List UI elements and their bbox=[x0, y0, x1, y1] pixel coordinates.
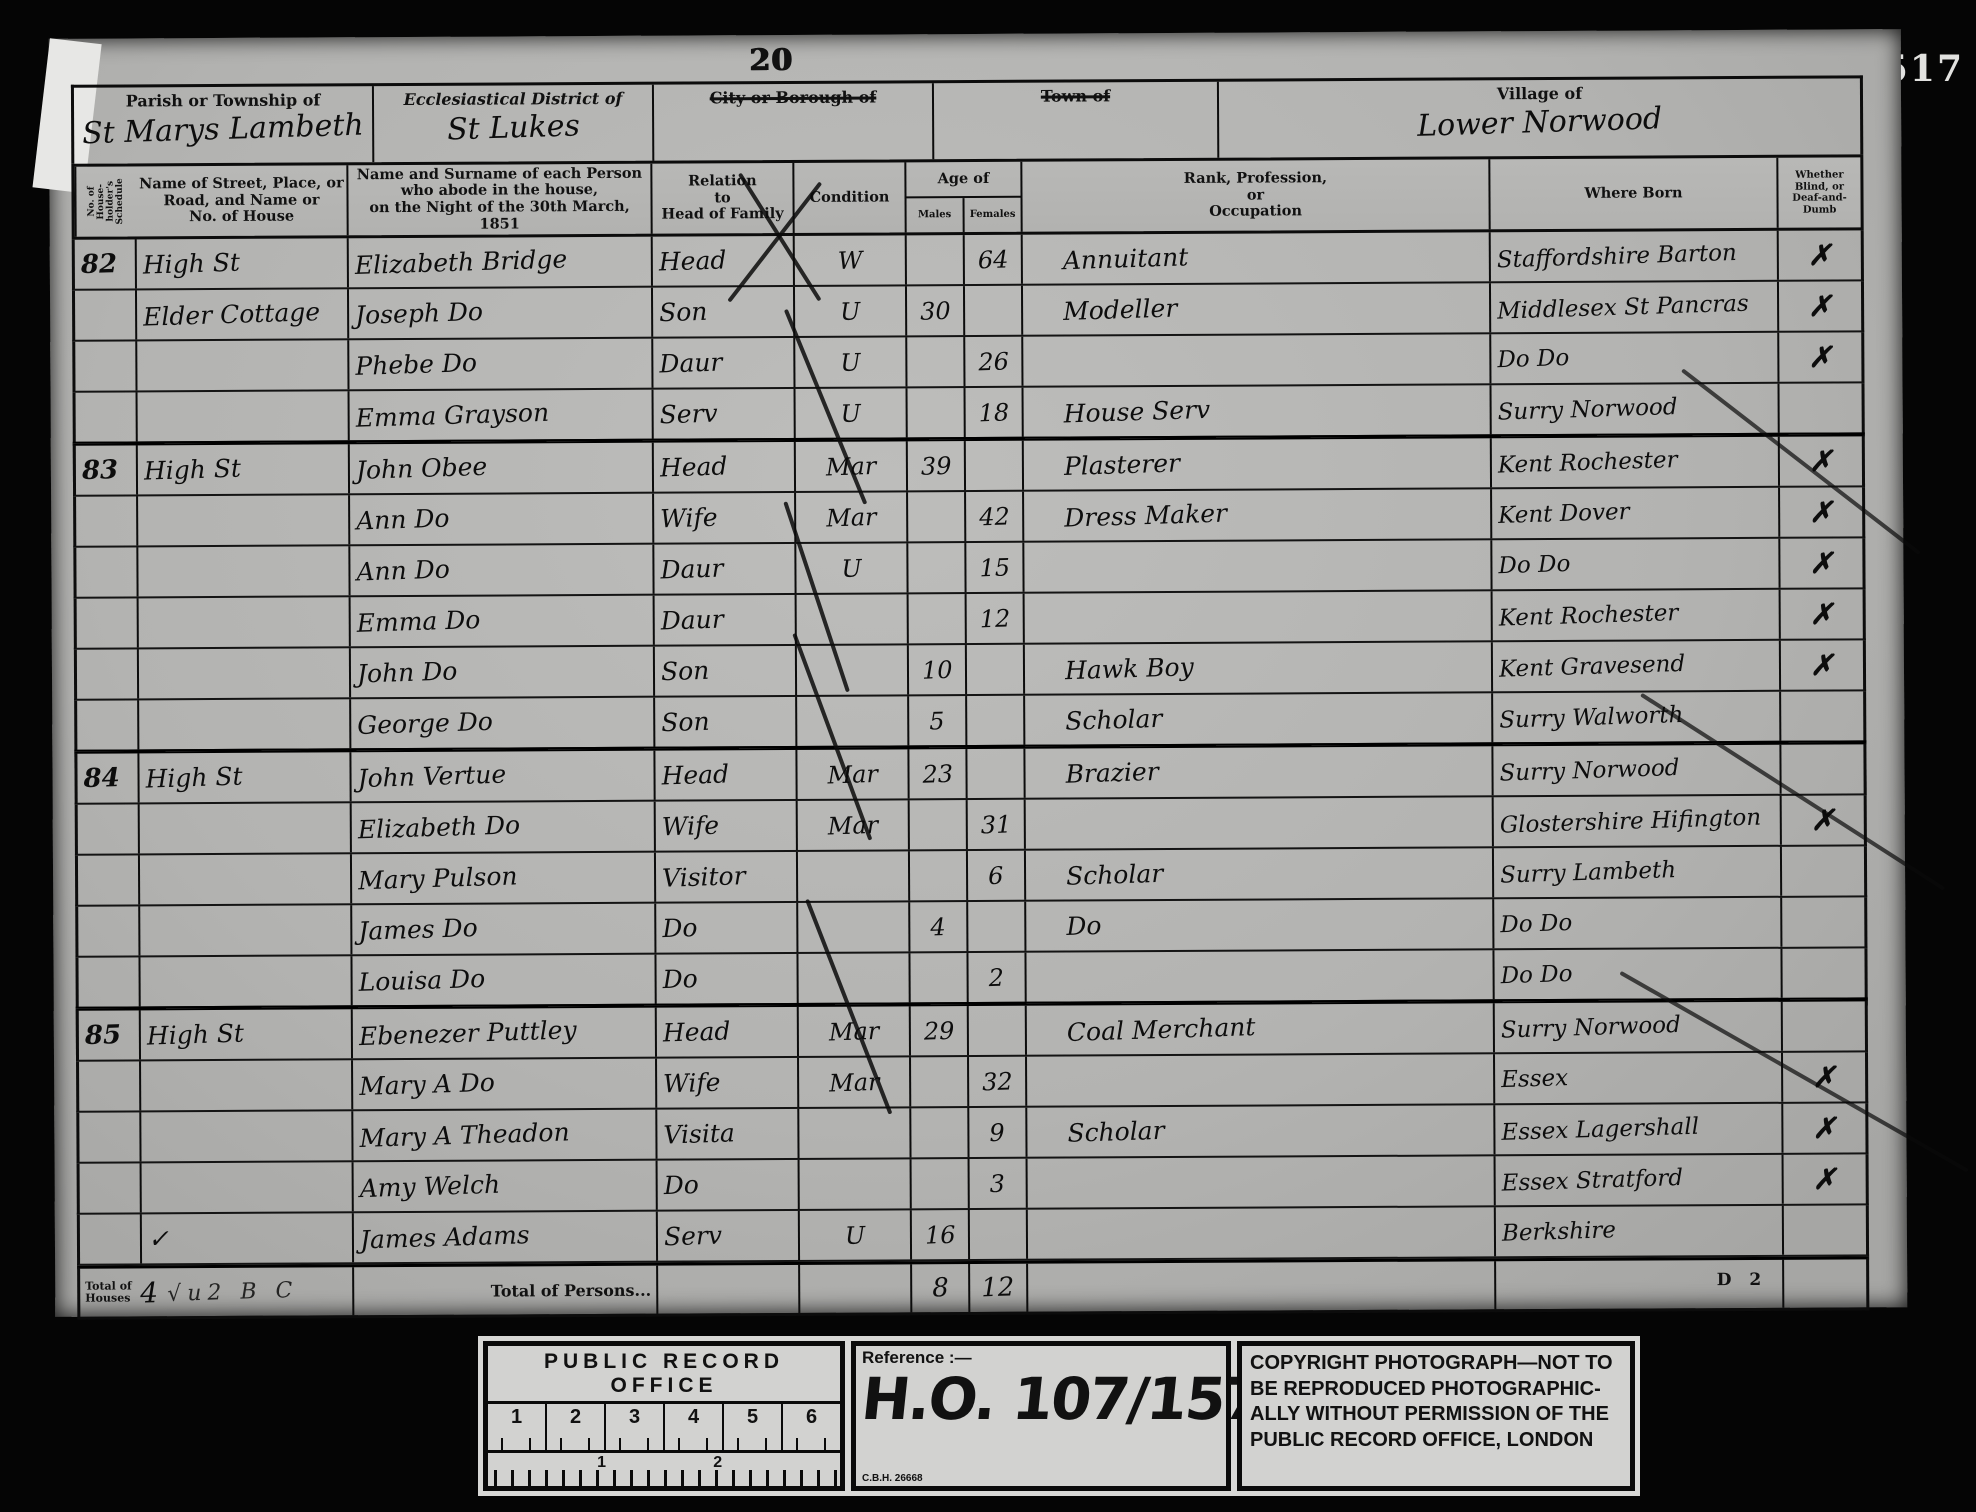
name-cell: Emma Grayson bbox=[350, 390, 654, 441]
schedule-number: 84 bbox=[77, 753, 139, 802]
condition-cell: U bbox=[800, 1210, 912, 1260]
hw-born: Essex bbox=[1501, 1065, 1569, 1093]
occupation-cell bbox=[1024, 540, 1492, 591]
hw-age_f: 3 bbox=[990, 1169, 1006, 1197]
relation-cell: Do bbox=[658, 1160, 800, 1210]
born-cell: Essex Stratford bbox=[1496, 1155, 1784, 1206]
hw-age_m: 10 bbox=[921, 655, 952, 684]
hw-age_m: 5 bbox=[929, 706, 945, 734]
age-males-cell bbox=[907, 337, 965, 386]
born-cell: Surry Norwood bbox=[1495, 1002, 1783, 1053]
hw-street: High St bbox=[143, 454, 241, 486]
table-row: James Do Do 4 Do Do Do bbox=[75, 897, 1867, 957]
hw-name: George Do bbox=[357, 707, 493, 740]
table-row: 82 High St Elizabeth Bridge Head W 64 An… bbox=[72, 230, 1864, 290]
hw-occupation: Scholar bbox=[1066, 859, 1164, 891]
hw-relation: Do bbox=[663, 1170, 699, 1200]
hw-name: Mary A Do bbox=[359, 1068, 495, 1101]
parish-value: St Marys Lambeth bbox=[82, 108, 365, 152]
hw-born: Surry Norwood bbox=[1499, 754, 1680, 786]
hw-age_f: 12 bbox=[979, 604, 1010, 633]
ruler-number: 1 bbox=[488, 1404, 547, 1450]
age-males-cell bbox=[909, 594, 967, 643]
age-males-cell bbox=[911, 1057, 969, 1106]
street-cell bbox=[140, 905, 352, 955]
col-street: Name of Street, Place, or Road, and Name… bbox=[136, 165, 348, 236]
condition-cell bbox=[797, 594, 909, 644]
district-cell: Ecclesiastical District of St Lukes bbox=[374, 85, 654, 162]
hw-occupation: Dress Maker bbox=[1064, 499, 1228, 533]
hw-age_f: 2 bbox=[989, 963, 1005, 991]
relation-cell: Visita bbox=[657, 1109, 799, 1159]
totals-spacer-occupation bbox=[1028, 1261, 1496, 1311]
schedule-number: 82 bbox=[75, 239, 137, 288]
relation-cell: Daur bbox=[655, 595, 797, 645]
infirm-mark-cell bbox=[1779, 383, 1861, 432]
schedule-number bbox=[78, 906, 140, 955]
relation-cell: Wife bbox=[656, 801, 798, 851]
parish-cell: Parish or Township of St Marys Lambeth bbox=[74, 86, 374, 164]
hw-relation: Visita bbox=[663, 1118, 735, 1149]
born-cell: Kent Rochester bbox=[1492, 437, 1780, 488]
col-occupation: Rank, Profession, or Occupation bbox=[1022, 159, 1490, 231]
street-cell: Elder Cottage bbox=[137, 289, 349, 339]
born-cell: Staffordshire Barton bbox=[1491, 231, 1779, 282]
infirm-mark-cell: ✗ bbox=[1783, 1052, 1865, 1101]
infirm-mark-cell bbox=[1783, 1001, 1865, 1050]
relation-cell: Daur bbox=[653, 338, 795, 388]
schedule-number bbox=[79, 1061, 141, 1110]
occupation-cell: Brazier bbox=[1025, 746, 1493, 797]
hw-occupation: Do bbox=[1066, 911, 1102, 941]
hw-born: Middlesex St Pancras bbox=[1497, 290, 1749, 324]
relation-cell: Head bbox=[654, 442, 796, 492]
schedule-number bbox=[77, 649, 139, 698]
name-cell: Emma Do bbox=[351, 596, 655, 647]
hw-name: John Do bbox=[357, 656, 458, 688]
street-cell: ✓ bbox=[142, 1213, 354, 1263]
ruler-lower-2: 2 bbox=[713, 1454, 722, 1472]
age-males-cell: 5 bbox=[909, 696, 967, 745]
hw-condition: Mar bbox=[827, 759, 878, 789]
occupation-cell: Scholar bbox=[1025, 693, 1493, 744]
schedule-number: 83 bbox=[76, 445, 138, 494]
infirm-mark-cell: ✗ bbox=[1780, 487, 1862, 536]
hw-name: James Adams bbox=[360, 1220, 531, 1254]
city-cell: City or Borough of bbox=[654, 83, 934, 160]
condition-cell: U bbox=[795, 286, 907, 336]
hw-relation: Son bbox=[659, 297, 708, 328]
ruler-number: 2 bbox=[547, 1404, 606, 1450]
schedule-number: 85 bbox=[79, 1010, 141, 1059]
age-females-cell bbox=[967, 749, 1025, 798]
table-row: Mary A Theadon Visita 9 Scholar Essex La… bbox=[76, 1103, 1868, 1163]
age-females-cell: 18 bbox=[966, 388, 1024, 437]
infirm-mark-cell: ✗ bbox=[1780, 538, 1862, 587]
born-cell: Kent Dover bbox=[1492, 488, 1780, 539]
hw-occupation: Coal Merchant bbox=[1066, 1012, 1255, 1047]
name-cell: George Do bbox=[351, 698, 655, 749]
ruler-half-inches: 1 2 bbox=[488, 1453, 840, 1486]
name-cell: Mary Pulson bbox=[352, 853, 656, 904]
district-value: St Lukes bbox=[446, 108, 580, 147]
condition-cell bbox=[799, 1108, 911, 1158]
schedule-number bbox=[75, 341, 137, 390]
relation-cell: Son bbox=[655, 697, 797, 747]
table-row: 85 High St Ebenezer Puttley Head Mar 29 … bbox=[76, 999, 1868, 1061]
age-males-cell bbox=[910, 800, 968, 849]
city-label: City or Borough of bbox=[654, 87, 932, 107]
condition-cell bbox=[800, 1159, 912, 1209]
age-males-cell: 39 bbox=[908, 441, 966, 490]
condition-cell: Mar bbox=[796, 492, 908, 542]
relation-cell: Visitor bbox=[656, 852, 798, 902]
name-cell: John Vertue bbox=[351, 751, 655, 802]
age-females-cell: 31 bbox=[968, 800, 1026, 849]
hw-occupation: Scholar bbox=[1065, 704, 1163, 736]
street-cell bbox=[139, 699, 351, 749]
infirm-mark-cell: ✗ bbox=[1783, 1103, 1865, 1152]
hw-born: Berkshire bbox=[1502, 1217, 1617, 1247]
age-females-cell: 42 bbox=[966, 492, 1024, 541]
hw-born: Kent Rochester bbox=[1498, 446, 1678, 478]
age-males-cell: 23 bbox=[909, 749, 967, 798]
hw-schedule: 82 bbox=[80, 249, 117, 280]
totals-spacer-relation bbox=[658, 1265, 800, 1314]
born-cell: Kent Gravesend bbox=[1493, 641, 1781, 692]
occupation-cell: Plasterer bbox=[1024, 438, 1492, 489]
table-row: Ann Do Daur U 15 Do Do ✗ bbox=[73, 538, 1865, 598]
hw-name: Mary Pulson bbox=[358, 861, 518, 895]
age-males-cell bbox=[910, 953, 968, 1002]
ruler-number: 4 bbox=[665, 1404, 724, 1450]
hw-age_m: 4 bbox=[930, 912, 946, 940]
hw-name: Elizabeth Do bbox=[357, 810, 520, 844]
age-females-cell bbox=[969, 1006, 1027, 1055]
col-name: Name and Surname of each Person who abod… bbox=[348, 164, 652, 236]
age-females-cell: 32 bbox=[969, 1057, 1027, 1106]
table-row: Emma Do Daur 12 Kent Rochester ✗ bbox=[74, 589, 1866, 649]
table-row: Mary Pulson Visitor 6 Scholar Surry Lamb… bbox=[75, 846, 1867, 906]
census-rows: 82 High St Elizabeth Bridge Head W 64 An… bbox=[72, 230, 1869, 1265]
hw-born: Essex Stratford bbox=[1501, 1164, 1683, 1196]
schedule-number bbox=[79, 1112, 141, 1161]
street-cell bbox=[142, 1162, 354, 1212]
born-cell: Do Do bbox=[1492, 539, 1780, 590]
hw-age_m: 39 bbox=[920, 451, 951, 480]
name-cell: John Obee bbox=[350, 443, 654, 494]
hw-relation: Wife bbox=[660, 503, 718, 534]
hw-name: John Vertue bbox=[357, 760, 507, 794]
hw-occupation: Hawk Boy bbox=[1065, 652, 1195, 685]
district-label: Ecclesiastical District of bbox=[374, 89, 652, 109]
census-sheet: 20 Parish or Township of St Marys Lambet… bbox=[49, 29, 1908, 1317]
name-cell: John Do bbox=[351, 647, 655, 698]
hw-street: ✓ bbox=[148, 1224, 170, 1254]
village-value: Lower Norwood bbox=[1417, 101, 1663, 144]
col-age-males: Males bbox=[907, 198, 965, 232]
occupation-cell bbox=[1027, 1054, 1495, 1105]
name-cell: Phebe Do bbox=[349, 339, 653, 390]
cbh-mark: C.B.H. 26668 bbox=[862, 1473, 923, 1484]
age-males-cell bbox=[910, 851, 968, 900]
age-females-cell: 26 bbox=[965, 337, 1023, 386]
ruler-lower-1: 1 bbox=[597, 1454, 606, 1472]
hw-born: Do Do bbox=[1500, 909, 1573, 937]
hw-born: Surry Lambeth bbox=[1500, 857, 1677, 889]
age-females-cell bbox=[966, 441, 1024, 490]
hw-age_m: 30 bbox=[919, 296, 950, 325]
hw-relation: Son bbox=[661, 656, 710, 687]
hw-name: John Obee bbox=[355, 452, 487, 485]
street-cell bbox=[138, 546, 350, 596]
infirm-mark-cell: ✗ bbox=[1782, 795, 1864, 844]
relation-cell: Head bbox=[655, 750, 797, 800]
total-houses-marks: √u2 B C bbox=[167, 1277, 299, 1306]
hw-schedule: 85 bbox=[84, 1020, 121, 1051]
street-cell: High St bbox=[139, 752, 351, 802]
age-males-cell: 29 bbox=[911, 1006, 969, 1055]
hw-occupation: Plasterer bbox=[1063, 448, 1180, 481]
table-row: 84 High St John Vertue Head Mar 23 Brazi… bbox=[74, 742, 1866, 804]
total-males-cell: 8 bbox=[912, 1264, 970, 1312]
hw-relation: Son bbox=[661, 707, 710, 738]
hw-relation: Head bbox=[662, 1016, 730, 1047]
relation-cell: Wife bbox=[654, 493, 796, 543]
census-table: Parish or Township of St Marys Lambeth E… bbox=[71, 75, 1869, 1319]
born-cell: Essex Lagershall bbox=[1495, 1104, 1783, 1155]
schedule-number bbox=[77, 700, 139, 749]
occupation-cell bbox=[1026, 797, 1494, 848]
born-cell: Surry Norwood bbox=[1493, 745, 1781, 796]
street-cell bbox=[137, 340, 349, 390]
totals-spacer-condition bbox=[800, 1264, 912, 1313]
hw-street: High St bbox=[145, 762, 243, 794]
hw-condition: Mar bbox=[826, 502, 877, 532]
occupation-cell: Dress Maker bbox=[1024, 489, 1492, 540]
total-females-value: 12 bbox=[981, 1272, 1015, 1303]
hw-mark: ✗ bbox=[1808, 340, 1832, 374]
hw-name: Mary A Theadon bbox=[359, 1117, 570, 1153]
name-cell: James Do bbox=[352, 904, 656, 955]
col-age-label: Age of bbox=[906, 162, 1020, 199]
age-females-cell: 9 bbox=[969, 1108, 1027, 1157]
total-persons-label: Total of Persons... bbox=[491, 1280, 652, 1300]
hw-relation: Daur bbox=[660, 605, 724, 636]
name-cell: Ebenezer Puttley bbox=[353, 1008, 657, 1059]
hw-born: Kent Gravesend bbox=[1499, 650, 1686, 682]
ruler-number: 6 bbox=[783, 1404, 840, 1450]
hw-name: Ebenezer Puttley bbox=[358, 1015, 577, 1051]
condition-cell bbox=[797, 696, 909, 746]
hw-relation: Daur bbox=[660, 554, 724, 585]
total-females-cell: 12 bbox=[970, 1264, 1028, 1312]
relation-cell: Daur bbox=[654, 544, 796, 594]
occupation-cell: Do bbox=[1026, 899, 1494, 950]
hw-relation: Head bbox=[659, 451, 727, 482]
infirm-mark-cell bbox=[1782, 897, 1864, 946]
street-cell: High St bbox=[137, 238, 349, 288]
hw-mark: ✗ bbox=[1810, 648, 1834, 682]
total-houses-label: Total of Houses bbox=[85, 1280, 132, 1304]
hw-mark: ✗ bbox=[1812, 1111, 1836, 1145]
infirm-mark-cell bbox=[1781, 691, 1863, 740]
village-cell: Village of Lower Norwood bbox=[1219, 78, 1860, 157]
reference-value: H.O. 107/1575 bbox=[859, 1370, 1223, 1428]
infirm-mark-cell: ✗ bbox=[1781, 640, 1863, 689]
condition-cell: Mar bbox=[798, 800, 910, 850]
name-cell: Mary A Theadon bbox=[353, 1110, 657, 1161]
born-cell: Do Do bbox=[1494, 898, 1782, 949]
schedule-number bbox=[78, 855, 140, 904]
occupation-cell bbox=[1023, 334, 1491, 385]
age-females-cell: 12 bbox=[967, 594, 1025, 643]
hw-born: Do Do bbox=[1498, 550, 1571, 578]
condition-cell: Mar bbox=[799, 1006, 911, 1056]
pro-title: PUBLIC RECORD OFFICE bbox=[488, 1346, 840, 1404]
schedule-number bbox=[76, 547, 138, 596]
hw-condition: U bbox=[844, 1221, 865, 1250]
hw-occupation: Scholar bbox=[1067, 1116, 1165, 1148]
relation-cell: Do bbox=[656, 903, 798, 953]
relation-cell: Son bbox=[655, 646, 797, 696]
age-females-cell: 15 bbox=[966, 543, 1024, 592]
town-label: Town of bbox=[934, 86, 1217, 106]
hw-relation: Wife bbox=[663, 1068, 721, 1099]
name-cell: Elizabeth Bridge bbox=[349, 237, 653, 288]
age-males-cell: 16 bbox=[912, 1210, 970, 1259]
hw-relation: Daur bbox=[659, 348, 723, 379]
table-row: George Do Son 5 Scholar Surry Walworth bbox=[74, 691, 1866, 751]
table-row: 83 High St John Obee Head Mar 39 Plaster… bbox=[73, 434, 1865, 496]
hw-name: Phebe Do bbox=[355, 348, 477, 381]
age-females-cell bbox=[970, 1210, 1028, 1259]
occupation-cell: Hawk Boy bbox=[1025, 642, 1493, 693]
hw-born: Do Do bbox=[1500, 960, 1573, 988]
hw-mark: ✗ bbox=[1809, 597, 1833, 631]
hw-age_m: 29 bbox=[923, 1016, 954, 1045]
total-houses-value: 4 bbox=[139, 1276, 158, 1310]
hw-born: Kent Rochester bbox=[1498, 599, 1678, 631]
occupation-cell bbox=[1028, 1207, 1496, 1258]
hw-mark: ✗ bbox=[1812, 1162, 1836, 1196]
column-header-row: No. of House-holder's Schedule Name of S… bbox=[71, 154, 1863, 239]
table-row: Ann Do Wife Mar 42 Dress Maker Kent Dove… bbox=[73, 487, 1865, 547]
age-males-cell bbox=[912, 1159, 970, 1208]
census-scan-page: 517 20 Parish or Township of St Marys La… bbox=[0, 0, 1976, 1512]
condition-cell: Mar bbox=[799, 1057, 911, 1107]
hw-street: Elder Cottage bbox=[143, 297, 321, 332]
schedule-number bbox=[78, 804, 140, 853]
occupation-cell: Scholar bbox=[1026, 848, 1494, 899]
hw-age_f: 64 bbox=[977, 245, 1008, 274]
col-age-females: Females bbox=[965, 198, 1021, 232]
table-row: Emma Grayson Serv U 18 House Serv Surry … bbox=[73, 383, 1865, 443]
born-cell: Do Do bbox=[1491, 333, 1779, 384]
born-cell: Kent Rochester bbox=[1493, 590, 1781, 641]
pro-stamp-strip: PUBLIC RECORD OFFICE 123456 1 2 Referenc… bbox=[478, 1336, 1640, 1496]
hw-schedule: 83 bbox=[81, 455, 118, 486]
infirm-mark-cell bbox=[1782, 846, 1864, 895]
hw-street: High St bbox=[142, 248, 240, 280]
hw-mark: ✗ bbox=[1809, 495, 1833, 529]
hw-condition: U bbox=[840, 399, 861, 428]
hw-name: Emma Grayson bbox=[355, 398, 549, 433]
hw-name: Louisa Do bbox=[358, 964, 485, 997]
hw-name: James Do bbox=[358, 913, 478, 946]
hw-relation: Wife bbox=[661, 811, 719, 842]
hw-born: Kent Dover bbox=[1498, 498, 1630, 528]
hw-condition: U bbox=[841, 554, 862, 583]
street-cell bbox=[139, 597, 351, 647]
age-females-cell: 3 bbox=[970, 1159, 1028, 1208]
hw-born: Do Do bbox=[1497, 344, 1570, 372]
hw-condition: W bbox=[837, 246, 863, 275]
name-cell: Louisa Do bbox=[352, 955, 656, 1006]
name-cell: Amy Welch bbox=[354, 1161, 658, 1212]
schedule-number bbox=[80, 1163, 142, 1212]
occupation-cell: Annuitant bbox=[1023, 232, 1491, 283]
schedule-number bbox=[80, 1214, 142, 1263]
street-cell: High St bbox=[141, 1009, 353, 1059]
hw-mark: ✗ bbox=[1808, 289, 1832, 323]
age-females-cell bbox=[967, 696, 1025, 745]
hw-street: High St bbox=[146, 1019, 244, 1051]
occupation-cell bbox=[1025, 591, 1493, 642]
relation-cell: Serv bbox=[654, 389, 796, 439]
born-cell: Essex bbox=[1495, 1053, 1783, 1104]
table-row: Elder Cottage Joseph Do Son U 30 Modelle… bbox=[72, 281, 1864, 341]
col-age: Age of Males Females bbox=[906, 162, 1022, 233]
hw-relation: Serv bbox=[659, 399, 718, 430]
occupation-cell: Modeller bbox=[1023, 283, 1491, 334]
street-cell bbox=[138, 495, 350, 545]
condition-cell: U bbox=[796, 388, 908, 438]
col-infirm: Whether Blind, or Deaf-and- Dumb bbox=[1778, 157, 1860, 227]
street-cell bbox=[139, 648, 351, 698]
hw-age_f: 18 bbox=[978, 398, 1009, 427]
hw-born: Staffordshire Barton bbox=[1496, 239, 1737, 273]
town-cell: Town of bbox=[934, 82, 1219, 159]
relation-cell: Head bbox=[657, 1007, 799, 1057]
infirm-mark-cell: ✗ bbox=[1779, 332, 1861, 381]
schedule-number bbox=[77, 598, 139, 647]
corner-mark: D 2 bbox=[1717, 1270, 1768, 1290]
hw-age_f: 32 bbox=[981, 1067, 1012, 1096]
infirm-mark-cell bbox=[1784, 1205, 1866, 1254]
age-females-cell: 64 bbox=[965, 235, 1023, 284]
ruler-inches: 123456 bbox=[488, 1404, 840, 1453]
totals-row: Total of Houses 4 √u2 B C Total of Perso… bbox=[77, 1256, 1869, 1319]
age-males-cell bbox=[908, 388, 966, 437]
schedule-number bbox=[75, 290, 137, 339]
condition-cell: W bbox=[795, 235, 907, 285]
table-row: John Do Son 10 Hawk Boy Kent Gravesend ✗ bbox=[74, 640, 1866, 700]
schedule-number bbox=[76, 392, 138, 441]
hw-age_f: 6 bbox=[988, 861, 1004, 889]
total-persons-label-cell: Total of Persons... bbox=[354, 1266, 658, 1316]
occupation-cell bbox=[1026, 950, 1494, 1001]
born-cell: Berkshire bbox=[1496, 1206, 1784, 1257]
age-males-cell: 30 bbox=[907, 286, 965, 335]
hw-born: Glostershire Hifington bbox=[1499, 804, 1761, 838]
relation-cell: Son bbox=[653, 287, 795, 337]
copyright-line: COPYRIGHT PHOTOGRAPH—NOT TO bbox=[1250, 1351, 1622, 1377]
hw-schedule: 84 bbox=[83, 763, 120, 794]
hw-relation: Do bbox=[662, 964, 698, 994]
name-cell: Ann Do bbox=[350, 545, 654, 596]
total-males-value: 8 bbox=[931, 1273, 948, 1304]
